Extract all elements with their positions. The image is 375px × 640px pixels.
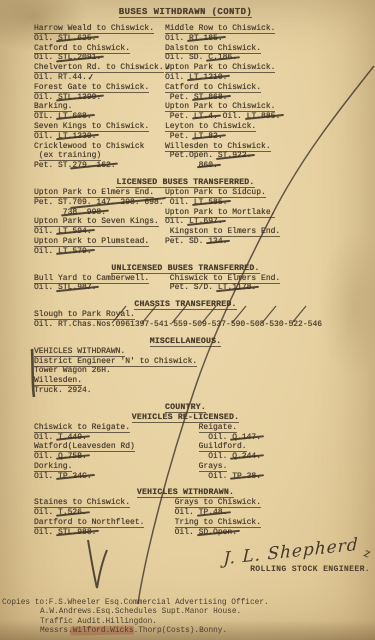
route-line: Staines to Chiswick. [34,498,165,508]
fleet-detail-line: Oil. LT.1210. [165,73,337,83]
doc-line: Willesden. [34,376,337,386]
route-line: Barking. [34,102,165,112]
route-name: Dartford to Northfleet. [34,518,144,528]
section-heading: VEHICLES RE-LICENSED. [132,413,239,423]
two-column-list: Staines to Chiswick.Oil. T.526.Dartford … [34,498,337,537]
bus-entry: Harrow Weald to Chiswick.Oil. STL.625. [34,24,165,44]
section: VEHICLES WITHDRAWN.Staines to Chiswick.O… [34,488,337,537]
section-heading: CHASSIS TRANSFERRED. [134,300,236,310]
route-name: Upton Park to Chiswick. [165,63,275,73]
route-name: Willesden to Chiswick. [165,142,271,152]
fleet-number-struck: STL.987. [58,283,96,293]
fleet-detail-line: Oil. LT.697. [165,217,337,227]
fleet-number-struck: LT.885. [247,112,281,122]
route-name: Chiswick to Elmers End. [170,274,280,284]
column-left: Bull Yard to Camberwell.Oil. STL.987. [34,274,165,294]
bus-entry: Willesden to Chiswick.Pet.Open. ST.922.8… [165,142,337,171]
fleet-detail-line: Oil. SD.Open. [165,528,337,538]
route-line: Upton Park to Sidcup. [165,188,337,198]
route-name: Upton Park to Sidcup. [165,188,266,198]
doc-line: Truck. 2924. [34,386,337,396]
fleet-detail-line: Pet. ST.279. 162. [34,161,165,171]
bus-entry: Grays.Oil. TP.38. [165,462,337,482]
fleet-number-struck: LT.1339. [58,132,96,142]
bus-entry: Catford to Chiswick.Pet. ST.868. [165,83,337,103]
route-line: Dartford to Northfleet. [34,518,165,528]
fleet-detail-line: Oil. STL.1399. [34,93,165,103]
route-name: Harrow Weald to Chiswick. [34,24,154,34]
route-name: Chelverton Rd. to Chiswick. [34,63,164,73]
fleet-number-struck: SD.Open. [199,528,237,538]
fleet-detail-line: Oil. Q.244. [165,452,337,462]
column-left: Upton Park to Elmers End.Pet. ST.709. 14… [34,188,165,257]
route-name: Barking. [34,102,72,112]
fleet-detail-line: 860. [165,161,337,171]
fleet-detail-line: Oil. STL.988. [34,528,165,538]
document-body: BUSES WITHDRAWN (CONTD) Harrow Weald to … [0,0,375,538]
route-line: Upton Park to Mortlake. [165,208,337,218]
fleet-detail-line: Oil. LT.579. [34,247,165,257]
fleet-number: Oil. [34,508,58,517]
route-line: Reigate. [165,423,337,433]
fleet-number-struck: LT.585. [194,198,228,208]
fleet-detail-line: Oil. T.526. [34,508,165,518]
route-name: Forest Gate to Chiswick. [34,83,149,93]
doc-line: VEHICLES WITHDRAWN. [34,347,337,357]
bus-entry: Upton Park to Chiswick.Pet. LT.4. Oil. L… [165,102,337,122]
fleet-detail-line: 738. 998. [34,208,165,218]
route-name: Catford to Chiswick. [165,83,261,93]
fleet-number: Oil. [208,433,232,442]
bus-entry: Dorking.Oil. TP.34C. [34,462,165,482]
route-name: Leyton to Chiswick. [165,122,256,132]
fleet-detail-line: Oil. LT.585. [165,198,337,208]
column-left: Staines to Chiswick.Oil. T.526.Dartford … [34,498,165,537]
two-column-list: Chiswick to Reigate.Oil. T.449.Watford(L… [34,423,337,482]
bus-entry: Upton Park to Elmers End.Pet. ST.709. 14… [34,188,165,217]
fleet-number: Oil. [34,433,58,442]
section-heading: UNLICENSED BUSES TRANSFERRED. [111,264,259,274]
bus-entry: Grays to Chiswick.Oil. TP.48. [165,498,337,518]
bus-entry: Guildford.Oil. Q.244. [165,442,337,462]
fleet-number-struck: ST.922. [218,151,252,161]
doc-line-text: Tower Wagon 26H. [34,366,111,375]
section: MISCELLANEOUS.VEHICLES WITHDRAWN.Distric… [34,337,337,396]
column-right: Reigate.Oil. Q.147.Guildford.Oil. Q.244.… [165,423,337,482]
fleet-number-struck: LT.1210. [189,73,227,83]
checkmark-ink: ✓ [164,64,172,75]
fleet-number: Oil. [34,132,58,141]
fleet-detail-line: Oil. TP.34C. [34,472,165,482]
fleet-number-struck: C.186. [208,53,237,63]
fleet-detail-line: Pet. LT.4. Oil. LT.885. [165,112,337,122]
section: LICENSED BUSES TRANSFERRED.Upton Park to… [34,178,337,257]
column-left: Chiswick to Reigate.Oil. T.449.Watford(L… [34,423,165,482]
section-heading: LICENSED BUSES TRANSFERRED. [116,178,254,188]
fleet-number: Oil. [165,34,189,43]
route-name: Watford(Leavesden Rd) [34,442,135,452]
fleet-detail-line: Pet. ST.709. 147. 298. 698. [34,198,165,208]
fleet-number-struck: LT.82. [194,132,223,142]
route-name: Grays. [199,462,228,472]
route-line: Seven Kings to Chiswick. [34,122,165,132]
route-name: Staines to Chiswick. [34,498,130,508]
route-name: Upton Park to Seven Kings. [34,217,159,227]
bus-entry: Upton Park to Chiswick.Oil. LT.1210. [165,63,337,83]
route-name: Bull Yard to Camberwell. [34,274,149,284]
fleet-number-struck: STL.2091. [58,53,101,63]
fleet-number-struck: 134. [208,237,227,247]
column-right: Grays to Chiswick.Oil. TP.48.Tring to Ch… [165,498,337,537]
fleet-number: Oil. [34,452,58,461]
fleet-number: Oil. [34,247,58,256]
section: COUNTRY.VEHICLES RE-LICENSED.Chiswick to… [34,403,337,482]
route-line: Chiswick to Reigate. [34,423,165,433]
route-name: Grays to Chiswick. [175,498,261,508]
route-name: Dalston to Chiswick. [165,44,261,54]
section: Harrow Weald to Chiswick.Oil. STL.625.Ca… [34,24,337,171]
fleet-number-struck: TP.48. [199,508,228,518]
section-heading-row: MISCELLANEOUS. [34,337,337,347]
fleet-detail-line: Oil. LT.1339. [34,132,165,142]
line-list: Slough to Park Royal.Oil. RT.Chas.Nos.09… [34,310,337,330]
fleet-detail-line: Oil. Q.75B. [34,452,165,462]
route-name: Chiswick to Reigate. [34,423,130,433]
doc-line-text: VEHICLES WITHDRAWN. [34,347,125,357]
bus-entry: Kingston to Elmers End.Pet. SD. 134. [165,227,337,247]
fleet-number-struck: LT.697. [189,217,223,227]
fleet-detail-line: Oil. RT.44.✓ [34,73,165,83]
fleet-number: Oil. [34,53,58,62]
fleet-number-struck: LT.594. [58,227,92,237]
fleet-number: Oil. [34,528,58,537]
bus-entry: Bull Yard to Camberwell.Oil. STL.987. [34,274,165,294]
route-line: Guildford. [165,442,337,452]
bus-entry: Watford(Leavesden Rd)Oil. Q.75B. [34,442,165,462]
route-name: Upton Park to Chiswick. [165,102,275,112]
fleet-number: Oil. [218,112,247,121]
doc-line-text: District Engineer 'N' to Chiswick. [34,357,197,367]
fleet-number-struck: STL.625. [58,34,96,44]
fleet-number: Pet. [170,112,194,121]
fleet-number-struck: 738. 998. [63,208,106,218]
fleet-number: Oil. [170,198,194,207]
fleet-number: Pet.Open. [170,151,218,160]
sections-container: Harrow Weald to Chiswick.Oil. STL.625.Ca… [34,24,337,538]
fleet-detail-line: Oil. STL.987. [34,283,165,293]
fleet-number: Oil. [175,508,199,517]
doc-line: Oil. RT.Chas.Nos.0961397-541-559-509-537… [34,320,337,330]
route-name: Upton Park to Mortlake. [165,208,275,218]
copies-line: Copies to:F.S.Wheeler Esq.Commercial Adv… [2,599,269,608]
route-line: Catford to Chiswick. [165,83,337,93]
fleet-number: Oil. [208,472,232,481]
route-name: Kingston to Elmers End. [170,227,280,237]
fleet-number: Oil. [34,283,58,292]
section-heading-row: LICENSED BUSES TRANSFERRED. [34,178,337,188]
fleet-detail-line: Pet. S/D. LT.1178. [165,283,337,293]
bus-entry: Upton Park to Mortlake.Oil. LT.697. [165,208,337,228]
route-line: Grays to Chiswick. [165,498,337,508]
bus-entry: Cricklewood to Chiswick(ex training)Pet.… [34,142,165,171]
route-line: Dalston to Chiswick. [165,44,337,54]
bus-entry: Staines to Chiswick.Oil. T.526. [34,498,165,518]
doc-line: Tower Wagon 26H. [34,366,337,376]
bus-entry: Chiswick to Elmers End.Pet. S/D. LT.1178… [165,274,337,294]
bus-entry: Dartford to Northfleet.Oil. STL.988. [34,518,165,538]
fleet-number: Pet. [170,93,194,102]
fleet-number-struck: ST.868. [194,93,228,103]
fleet-detail-line: Pet.Open. ST.922. [165,151,337,161]
fleet-number: Pet. SD. [165,237,208,246]
section-heading: VEHICLES WITHDRAWN. [137,488,234,498]
column-right: Middle Row to Chiswick.Oil. RT.185.Dalst… [165,24,337,171]
fleet-detail-line: Pet. SD. 134. [165,237,337,247]
route-line: Upton Park to Chiswick. [165,63,337,73]
two-column-list: Upton Park to Elmers End.Pet. ST.709. 14… [34,188,337,257]
bus-entry: Forest Gate to Chiswick.Oil. STL.1399. [34,83,165,103]
fleet-number: Oil. [165,73,189,82]
fleet-detail-line: Oil. SD. C.186. [165,53,337,63]
doc-line: Slough to Park Royal. [34,310,337,320]
route-line: Upton Park to Chiswick. [165,102,337,112]
fleet-detail-line: Oil. STL.2091. [34,53,165,63]
route-name: Tring to Chiswick. [175,518,261,528]
bus-entry: Barking.OIL. LT.608. [34,102,165,122]
large-check-tick [88,540,107,588]
section-heading: COUNTRY. [165,403,206,413]
bus-entry: Tring to Chiswick.Oil. SD.Open. [165,518,337,538]
fleet-number: Oil. RT.44. [34,73,87,82]
checkmark-ink: ✓ [87,74,95,85]
route-line: Harrow Weald to Chiswick. [34,24,165,34]
fleet-number-struck: 279. 162. [72,161,115,171]
doc-line: District Engineer 'N' to Chiswick. [34,357,337,367]
bus-entry: Upton Park to Sidcup.Oil. LT.585. [165,188,337,208]
route-line: Cricklewood to Chiswick [34,142,165,152]
fleet-number-struck: T.449. [58,433,87,443]
fleet-number: Pet. S/D. [170,283,218,292]
fleet-number: Oil. [34,227,58,236]
fleet-number-struck: T.526. [58,508,87,518]
fleet-detail-line: Oil. LT.594. [34,227,165,237]
doc-line-text: Truck. 2924. [34,386,92,395]
fleet-number-struck: RT.185. [189,34,223,44]
route-name: Seven Kings to Chiswick. [34,122,149,132]
route-line: Chiswick to Elmers End. [165,274,337,284]
bus-entry: Catford to Chiswick.Oil. STL.2091. [34,44,165,64]
fleet-number: Oil. [34,93,58,102]
fleet-number: (ex training) [39,151,101,161]
fleet-number-struck: TP.38. [232,472,261,482]
route-name: Upton Park to Elmers End. [34,188,154,198]
fleet-detail-line: Oil. TP.48. [165,508,337,518]
route-line: Grays. [165,462,337,472]
bus-entry: Upton Park to Plumstead.Oil. LT.579. [34,237,165,257]
fleet-number-struck: LT.1178. [218,283,256,293]
fleet-number-struck: Q.244. [232,452,261,462]
route-name: Dorking. [34,462,72,472]
fleet-number-struck: 709. 147. 298. 698. [72,198,163,208]
route-name: Middle Row to Chiswick. [165,24,275,34]
two-column-list: Harrow Weald to Chiswick.Oil. STL.625.Ca… [34,24,337,171]
fleet-number-struck: STL.1399. [58,93,101,103]
doc-line-text: Willesden. [34,376,82,386]
fleet-number: Oil. [175,528,199,537]
section-heading-row: VEHICLES WITHDRAWN. [34,488,337,498]
section-heading-row: VEHICLES RE-LICENSED. [34,413,337,423]
scanned-document-page: BUSES WITHDRAWN (CONTD) Harrow Weald to … [0,0,375,640]
route-name: Upton Park to Plumstead. [34,237,149,247]
fleet-detail-line: OIL. LT.608. [34,112,165,122]
route-line: Leyton to Chiswick. [165,122,337,132]
bus-entry: Seven Kings to Chiswick.Oil. LT.1339. [34,122,165,142]
fleet-detail-line: (ex training) [34,151,165,161]
fleet-number: Oil. [34,34,58,43]
fleet-number-struck: TP.34C. [58,472,92,482]
two-column-list: Bull Yard to Camberwell.Oil. STL.987.Chi… [34,274,337,294]
route-line: Upton Park to Seven Kings. [34,217,165,227]
route-line: Upton Park to Elmers End. [34,188,165,198]
section-heading-row: UNLICENSED BUSES TRANSFERRED. [34,264,337,274]
route-name: Guildford. [199,442,247,452]
route-line: Forest Gate to Chiswick. [34,83,165,93]
doc-line-text: Oil. RT.Chas.Nos.0961397-541-559-509-537… [34,320,322,329]
section: CHASSIS TRANSFERRED.Slough to Park Royal… [34,300,337,330]
copies-line: A.W.Andrews.Esq.Schedules Supt.Manor Hou… [2,608,269,617]
route-line: Bull Yard to Camberwell. [34,274,165,284]
column-right: Upton Park to Sidcup.Oil. LT.585.Upton P… [165,188,337,257]
fleet-number: Oil. [34,472,58,481]
copies-distribution-list: Copies to:F.S.Wheeler Esq.Commercial Adv… [2,599,269,636]
fleet-number-struck: LT.608. [58,112,92,122]
bus-entry: Chiswick to Reigate.Oil. T.449. [34,423,165,443]
fleet-number: Pet. ST. [34,198,72,207]
page-title-text: BUSES WITHDRAWN (CONTD) [119,7,252,18]
fleet-detail-line: Pet. LT.82. [165,132,337,142]
route-line: Dorking. [34,462,165,472]
route-name: Reigate. [199,423,237,433]
section-heading-row: COUNTRY. [34,403,337,413]
fleet-number-struck: 860. [199,161,218,171]
fleet-number-struck: Q.75B. [58,452,87,462]
fleet-detail-line: Oil. T.449. [34,433,165,443]
bus-entry: Upton Park to Seven Kings.Oil. LT.594. [34,217,165,237]
route-line: Upton Park to Plumstead. [34,237,165,247]
route-line: Tring to Chiswick. [165,518,337,528]
route-line: Middle Row to Chiswick. [165,24,337,34]
signature-block: J. L. Shepherdz ROLLING STOCK ENGINEER. [223,542,370,574]
section-heading-row: CHASSIS TRANSFERRED. [34,300,337,310]
fleet-number-struck: STL.988. [58,528,96,538]
fleet-number: Pet. ST. [34,161,72,170]
fleet-number-struck: LT.579. [58,247,92,257]
bus-entry: Dalston to Chiswick.Oil. SD. C.186. [165,44,337,64]
copies-line: Traffic Audit.Hillingdon. [2,618,269,627]
fleet-detail-line: Pet. ST.868. [165,93,337,103]
fleet-number: Oil. [208,452,232,461]
fleet-detail-line: Oil. Q.147. [165,433,337,443]
copies-line: Messrs.Wilford.Wicks.Thorp(Costs).Bonny. [2,627,269,636]
bus-entry: Leyton to Chiswick.Pet. LT.82. [165,122,337,142]
section: UNLICENSED BUSES TRANSFERRED.Bull Yard t… [34,264,337,294]
page-title: BUSES WITHDRAWN (CONTD) [34,7,337,17]
column-right: Chiswick to Elmers End.Pet. S/D. LT.1178… [165,274,337,294]
bus-entry: Middle Row to Chiswick.Oil. RT.185. [165,24,337,44]
route-line: Willesden to Chiswick. [165,142,337,152]
route-name: Catford to Chiswick. [34,44,130,54]
bus-entry: Reigate.Oil. Q.147. [165,423,337,443]
fleet-number-struck: Q.147. [232,433,261,443]
section-heading: MISCELLANEOUS. [150,337,222,347]
fleet-detail-line: Oil. RT.185. [165,34,337,44]
fleet-number: OIL. [34,112,58,121]
route-line: Chelverton Rd. to Chiswick.✓ [34,63,165,73]
fleet-detail-line: Oil. STL.625. [34,34,165,44]
column-left: Harrow Weald to Chiswick.Oil. STL.625.Ca… [34,24,165,171]
route-line: Kingston to Elmers End. [165,227,337,237]
bus-entry: Chelverton Rd. to Chiswick.✓Oil. RT.44.✓ [34,63,165,83]
route-line: Catford to Chiswick. [34,44,165,54]
fleet-number: Oil. SD. [165,53,208,62]
signature-flourish: z [362,545,372,560]
route-line: Watford(Leavesden Rd) [34,442,165,452]
fleet-detail-line: Oil. TP.38. [165,472,337,482]
fleet-number-struck: LT.4. [194,112,218,122]
route-name: Cricklewood to Chiswick [34,142,144,151]
fleet-number: Oil. [165,217,189,226]
line-list: VEHICLES WITHDRAWN.District Engineer 'N'… [34,347,337,396]
doc-line-text: Slough to Park Royal. [34,310,135,320]
fleet-number: Pet. [170,132,194,141]
